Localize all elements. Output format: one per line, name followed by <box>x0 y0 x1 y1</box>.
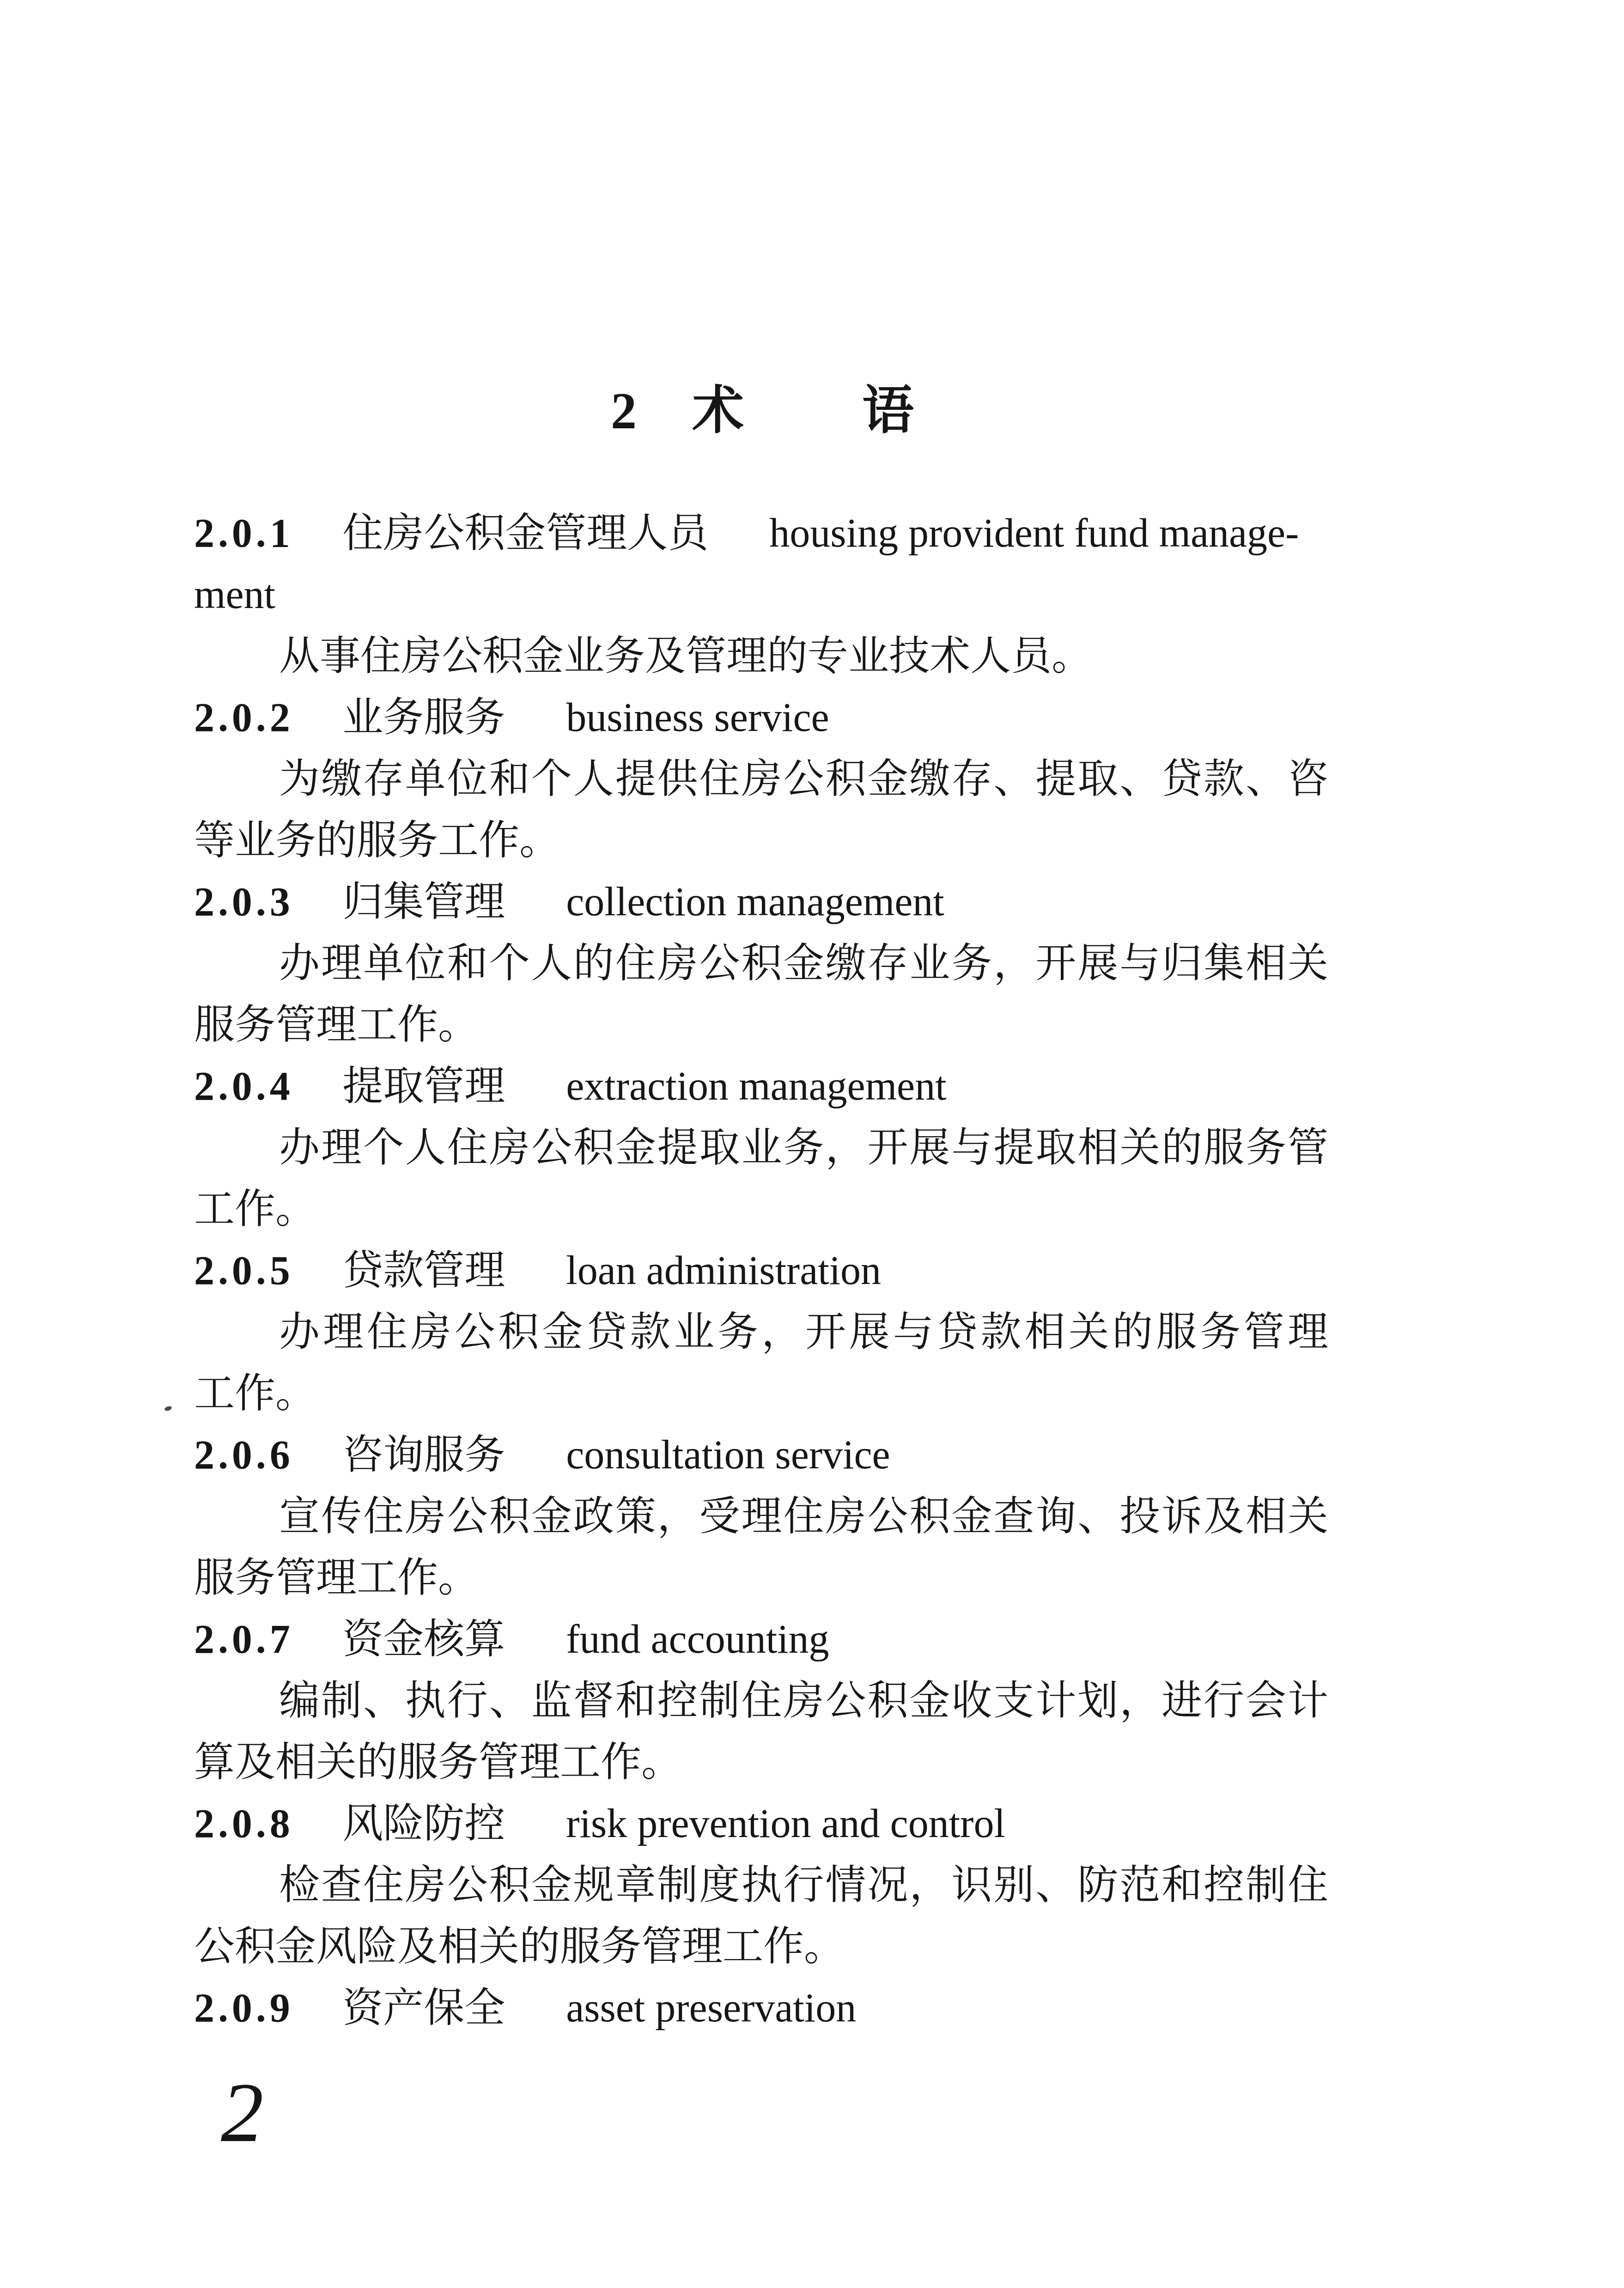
term-chinese: 贷款管理 <box>342 1248 505 1293</box>
term-english: business service <box>566 695 829 740</box>
section-heading: 2.0.9 资产保全 asset preservation <box>194 1978 1328 2039</box>
section-number: 2.0.3 <box>194 880 294 925</box>
definition-line: 公积金风险及相关的服务管理工作。 <box>194 1916 1328 1978</box>
term-section-2-0-8: 2.0.8 风险防控 risk prevention and control 检… <box>194 1793 1328 1978</box>
section-number: 2.0.4 <box>194 1064 294 1109</box>
scanned-document-page: { "ink_color": "#161616", "page_number":… <box>0 0 1624 2288</box>
term-english: loan administration <box>566 1248 881 1293</box>
term-section-2-0-9: 2.0.9 资产保全 asset preservation <box>194 1978 1328 2039</box>
term-chinese: 提取管理 <box>342 1064 505 1109</box>
chapter-title-word-shu: 术 <box>692 383 744 440</box>
section-heading: 2.0.5 贷款管理 loan administration <box>194 1240 1328 1302</box>
definition-line: 为缴存单位和个人提供住房公积金缴存、提取、贷款、咨询 <box>194 748 1328 810</box>
term-section-2-0-3: 2.0.3 归集管理 collection management 办理单位和个人… <box>194 871 1328 1056</box>
section-heading: 2.0.2 业务服务 business service <box>194 687 1328 748</box>
chapter-number: 2 <box>611 383 637 440</box>
section-number: 2.0.2 <box>194 695 294 740</box>
definition-line: 办理单位和个人的住房公积金缴存业务，开展与归集相关的 <box>194 933 1328 994</box>
definition-line: 办理个人住房公积金提取业务，开展与提取相关的服务管理 <box>194 1117 1328 1179</box>
term-english: risk prevention and control <box>566 1801 1005 1846</box>
document-page: 2术语 2.0.1 住房公积金管理人员 housing provident fu… <box>0 0 1624 2288</box>
section-number: 2.0.7 <box>194 1617 294 1662</box>
term-section-2-0-7: 2.0.7 资金核算 fund accounting 编制、执行、监督和控制住房… <box>194 1609 1328 1793</box>
term-english: housing provident fund manage- <box>769 511 1299 556</box>
term-section-2-0-5: 2.0.5 贷款管理 loan administration 办理住房公积金贷款… <box>194 1240 1328 1424</box>
term-section-2-0-6: 2.0.6 咨询服务 consultation service 宣传住房公积金政… <box>194 1424 1328 1609</box>
section-heading: 2.0.8 风险防控 risk prevention and control <box>194 1793 1328 1855</box>
section-number: 2.0.5 <box>194 1248 294 1293</box>
section-heading: 2.0.7 资金核算 fund accounting <box>194 1609 1328 1670</box>
terminology-body: 2.0.1 住房公积金管理人员 housing provident fund m… <box>194 503 1328 2039</box>
term-chinese: 资产保全 <box>342 1986 505 2031</box>
term-english: collection management <box>566 880 944 925</box>
definition-line: 工作。 <box>194 1179 1328 1240</box>
scan-artifact-dot <box>164 1406 172 1412</box>
definition-line: 检查住房公积金规章制度执行情况，识别、防范和控制住房 <box>194 1855 1328 1916</box>
term-english: asset preservation <box>566 1986 856 2031</box>
definition-line: 服务管理工作。 <box>194 994 1328 1056</box>
section-heading: 2.0.1 住房公积金管理人员 housing provident fund m… <box>194 503 1328 564</box>
term-section-2-0-2: 2.0.2 业务服务 business service 为缴存单位和个人提供住房… <box>194 687 1328 871</box>
english-continuation-line: ment <box>194 564 1328 626</box>
chapter-title-word-yu: 语 <box>862 383 914 440</box>
section-heading: 2.0.4 提取管理 extraction management <box>194 1056 1328 1117</box>
chapter-title: 2术语 <box>194 374 1624 448</box>
page-number: 2 <box>221 2070 264 2155</box>
definition-line: 算及相关的服务管理工作。 <box>194 1732 1328 1793</box>
definition-line: 编制、执行、监督和控制住房公积金收支计划，进行会计核 <box>194 1670 1328 1732</box>
definition-line: 办理住房公积金贷款业务，开展与贷款相关的服务管理 <box>194 1302 1328 1363</box>
section-number: 2.0.1 <box>194 511 294 556</box>
term-chinese: 业务服务 <box>342 695 505 740</box>
term-chinese: 住房公积金管理人员 <box>342 511 708 556</box>
section-heading: 2.0.6 咨询服务 consultation service <box>194 1424 1328 1486</box>
term-chinese: 咨询服务 <box>342 1433 505 1478</box>
term-chinese: 风险防控 <box>342 1801 505 1846</box>
term-english: consultation service <box>566 1433 890 1478</box>
term-section-2-0-4: 2.0.4 提取管理 extraction management 办理个人住房公… <box>194 1056 1328 1240</box>
definition-line: 服务管理工作。 <box>194 1547 1328 1609</box>
section-number: 2.0.9 <box>194 1986 294 2031</box>
term-english: fund accounting <box>566 1617 829 1662</box>
definition-line: 宣传住房公积金政策，受理住房公积金查询、投诉及相关的 <box>194 1486 1328 1547</box>
definition-line: 等业务的服务工作。 <box>194 810 1328 871</box>
section-heading: 2.0.3 归集管理 collection management <box>194 871 1328 933</box>
section-number: 2.0.8 <box>194 1801 294 1846</box>
term-english: extraction management <box>566 1064 946 1109</box>
section-number: 2.0.6 <box>194 1433 294 1478</box>
definition-line: 工作。 <box>194 1363 1328 1424</box>
definition-line: 从事住房公积金业务及管理的专业技术人员。 <box>194 626 1328 687</box>
term-chinese: 资金核算 <box>342 1617 505 1662</box>
term-chinese: 归集管理 <box>342 880 505 925</box>
term-section-2-0-1: 2.0.1 住房公积金管理人员 housing provident fund m… <box>194 503 1328 687</box>
